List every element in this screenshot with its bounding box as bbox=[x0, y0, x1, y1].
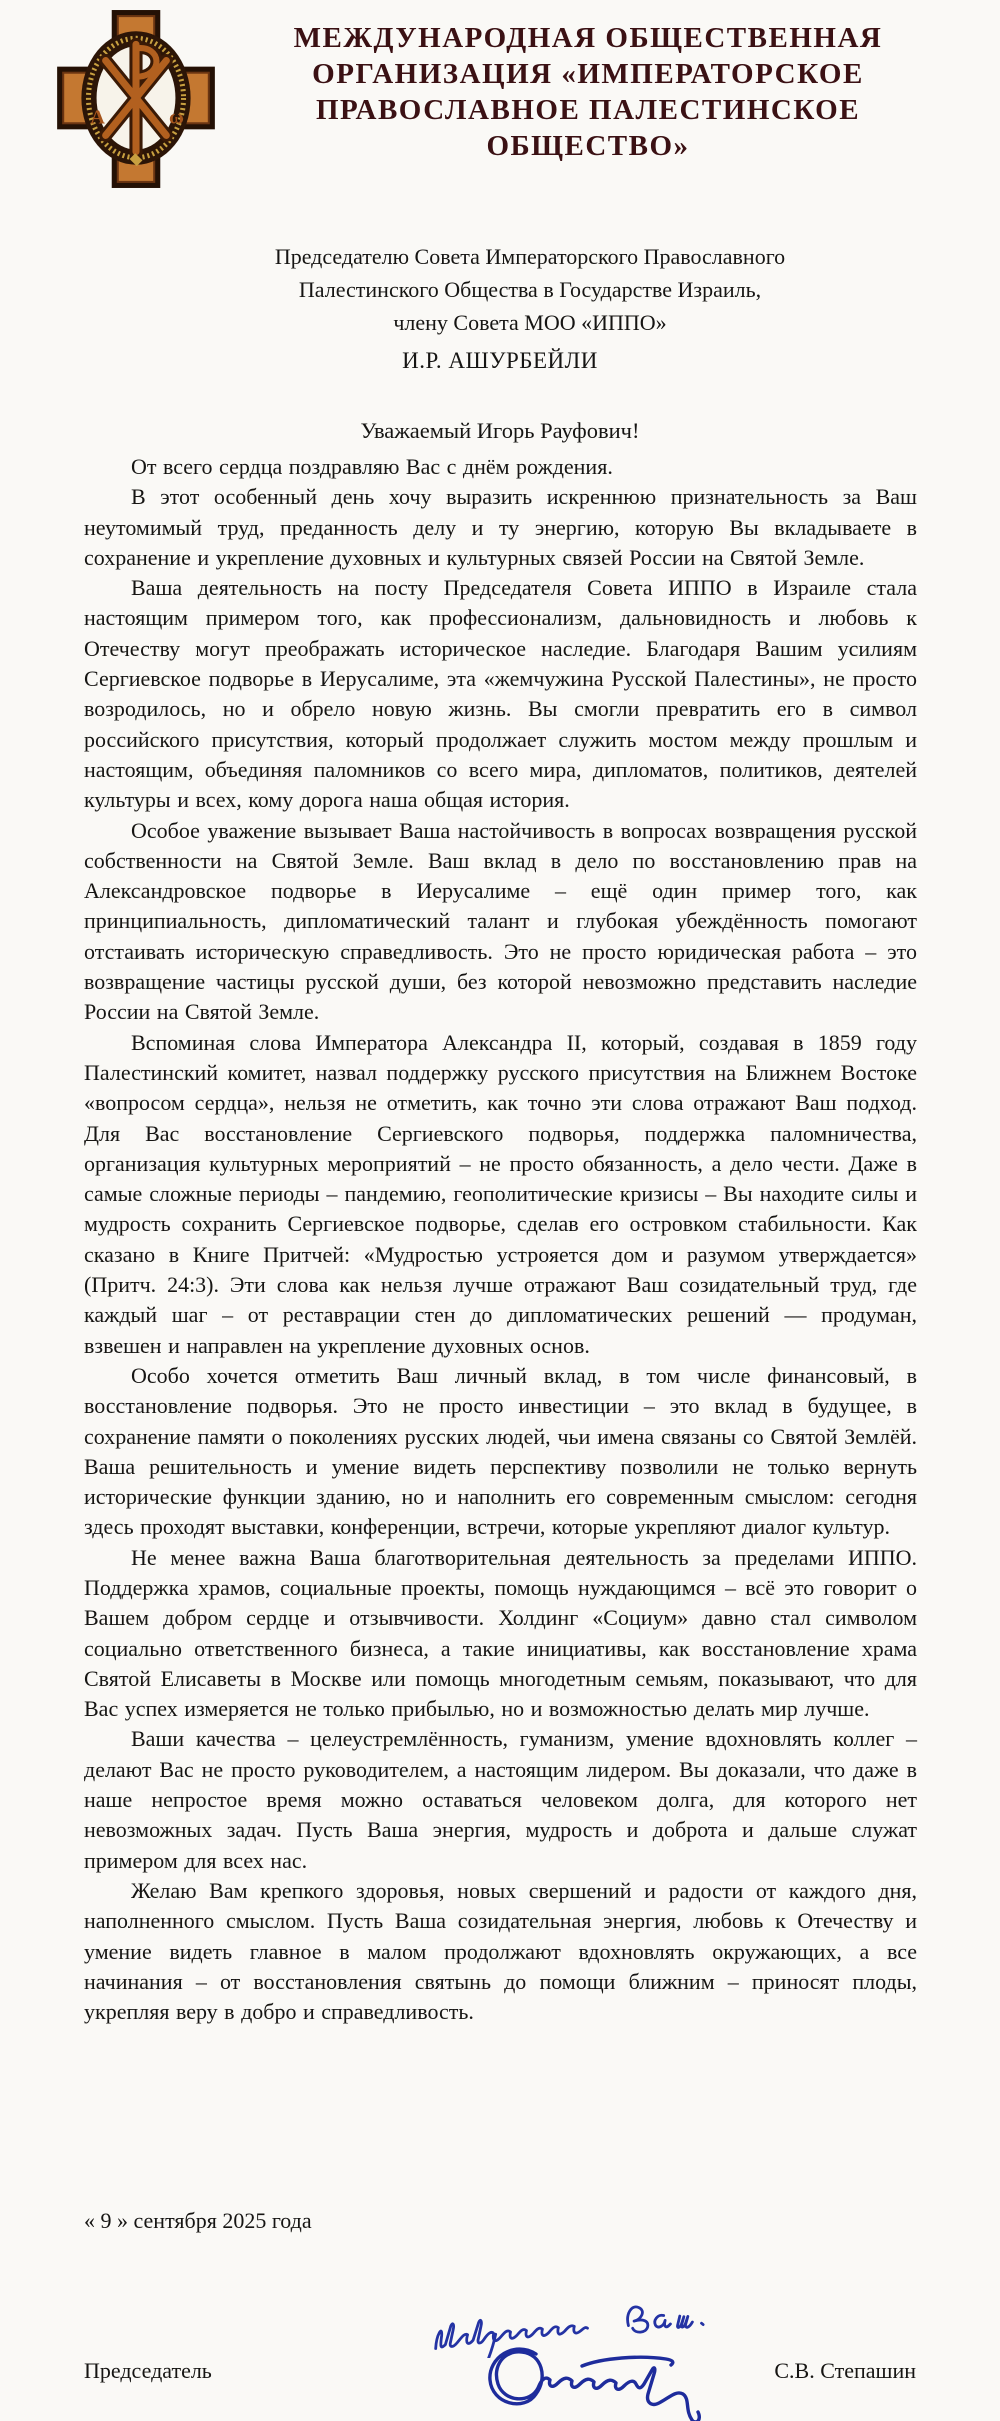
addressee-line: Председателю Совета Императорского Право… bbox=[130, 240, 930, 273]
letter-page: А ω Международная общественная организац… bbox=[0, 0, 1000, 2421]
omega-letter: ω bbox=[169, 106, 184, 128]
signer-title: Председатель bbox=[84, 2358, 212, 2384]
paragraph: В этот особенный день хочу выразить искр… bbox=[84, 482, 917, 573]
addressee-line: Палестинского Общества в Государстве Изр… bbox=[130, 273, 930, 306]
alpha-letter: А bbox=[90, 106, 105, 128]
org-name-line: Международная общественная bbox=[212, 20, 964, 56]
signature-autograph bbox=[478, 2332, 738, 2421]
paragraph: Желаю Вам крепкого здоровья, новых сверш… bbox=[84, 1876, 917, 2027]
addressee-name: И.Р. АШУРБЕЙЛИ bbox=[0, 348, 1000, 374]
org-name-line: организация «Императорское bbox=[212, 56, 964, 92]
letter-body: От всего сердца поздравляю Вас с днём ро… bbox=[84, 452, 917, 2027]
paragraph: От всего сердца поздравляю Вас с днём ро… bbox=[84, 452, 917, 482]
org-name-line: православное палестинское общество» bbox=[212, 92, 964, 164]
salutation: Уважаемый Игорь Рауфович! bbox=[0, 418, 1000, 444]
org-name: Международная общественная организация «… bbox=[212, 20, 964, 164]
handwritten-closing-text: Искренне Ваш. bbox=[0, 0, 1, 1]
paragraph: Ваши качества – целеустремлённость, гума… bbox=[84, 1724, 917, 1875]
paragraph: Не менее важна Ваша благотворительная де… bbox=[84, 1543, 917, 1725]
paragraph: Ваша деятельность на посту Председателя … bbox=[84, 573, 917, 815]
letterhead: А ω Международная общественная организац… bbox=[0, 8, 1000, 193]
signer-name: С.В. Степашин bbox=[774, 2358, 916, 2384]
paragraph: Вспоминая слова Императора Александра II… bbox=[84, 1028, 917, 1361]
date-line: « 9 » сентября 2025 года bbox=[84, 2208, 312, 2234]
paragraph: Особо хочется отметить Ваш личный вклад,… bbox=[84, 1361, 917, 1543]
ippo-emblem-icon: А ω bbox=[55, 8, 217, 190]
addressee-line: члену Совета МОО «ИППО» bbox=[130, 306, 930, 339]
addressee-block: Председателю Совета Императорского Право… bbox=[130, 240, 930, 339]
paragraph: Особое уважение вызывает Ваша настойчиво… bbox=[84, 816, 917, 1028]
